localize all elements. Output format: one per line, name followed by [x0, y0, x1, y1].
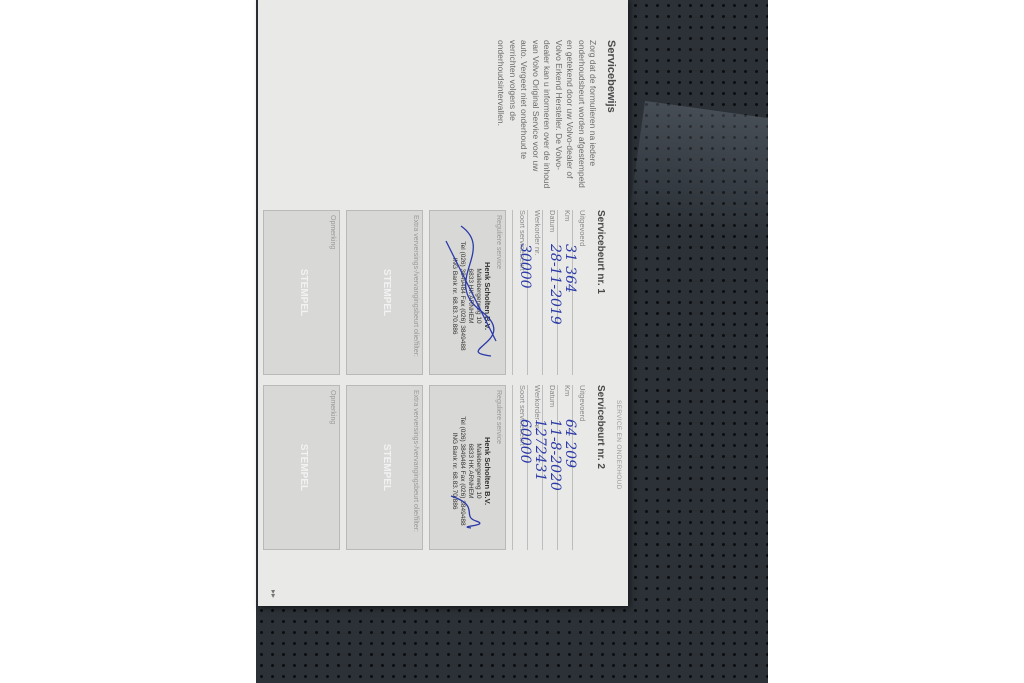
- field-label: Uitgevoerd: [578, 385, 587, 421]
- signature-icon: [441, 396, 501, 536]
- stamp-box-remark: OpmerkingSTEMPEL: [263, 210, 340, 375]
- field-label: Km: [563, 210, 572, 221]
- service-title: Servicebeurt nr. 1: [595, 210, 606, 375]
- service-type-value: 60000: [517, 419, 533, 464]
- stamp-placeholder: STEMPEL: [298, 211, 309, 374]
- field-row: Soort servicebeurt60000: [512, 385, 527, 550]
- stamp-box-extra: Extra verversings-/vervangingsbeurt olie…: [346, 210, 423, 375]
- stamp-box-remark: OpmerkingSTEMPEL: [263, 385, 340, 550]
- field-label: Werkorder nr.: [533, 210, 542, 255]
- field-row: Datum28-11-2019: [542, 210, 557, 375]
- service-title: Servicebeurt nr. 2: [595, 385, 606, 550]
- date-value: 28-11-2019: [547, 244, 563, 325]
- stamp-placeholder: STEMPEL: [381, 211, 392, 374]
- stamp-box-regular: Reguliere service Henk Scholten B.V.Mall…: [429, 210, 506, 375]
- km-value: 31 364: [562, 244, 578, 293]
- field-label: Uitgevoerd: [578, 210, 587, 246]
- stamp-placeholder: STEMPEL: [381, 386, 392, 549]
- stamp-placeholder: STEMPEL: [298, 386, 309, 549]
- intro-text: Zorg dat de formulieren na iedere onderh…: [495, 40, 599, 190]
- intro-column: Servicebewijs Zorg dat de formulieren na…: [495, 40, 616, 190]
- field-label: Km: [563, 385, 572, 396]
- field-row: Soort servicebeurt30000: [512, 210, 527, 375]
- field-label: Datum: [548, 385, 557, 407]
- section-header: SERVICE EN ONDERHOUD: [615, 400, 622, 490]
- service-record-2: Servicebeurt nr. 2 Uitgevoerd Km64 209 D…: [263, 385, 606, 550]
- seat-highlight: [628, 101, 768, 239]
- service-page: Servicebewijs Zorg dat de formulieren na…: [256, 0, 628, 608]
- field-row: Werkorder nr.: [527, 210, 542, 375]
- stamp-box-regular: Reguliere service Henk Scholten B.V.Mall…: [429, 385, 506, 550]
- page-title: Servicebewijs: [605, 40, 617, 190]
- stamp-box-extra: Extra verversings-/vervangingsbeurt olie…: [346, 385, 423, 550]
- next-page-icon: ▸▸: [269, 590, 278, 598]
- workorder-value: 1272431: [532, 419, 548, 481]
- date-value: 11-8-2020: [547, 419, 563, 491]
- service-type-value: 30000: [517, 244, 533, 289]
- field-label: Datum: [548, 210, 557, 232]
- signature-icon: [441, 221, 501, 361]
- field-row: Werkorder nr.1272431: [527, 385, 542, 550]
- service-record-1: Servicebeurt nr. 1 Uitgevoerd Km31 364 D…: [263, 210, 606, 375]
- km-value: 64 209: [562, 419, 578, 468]
